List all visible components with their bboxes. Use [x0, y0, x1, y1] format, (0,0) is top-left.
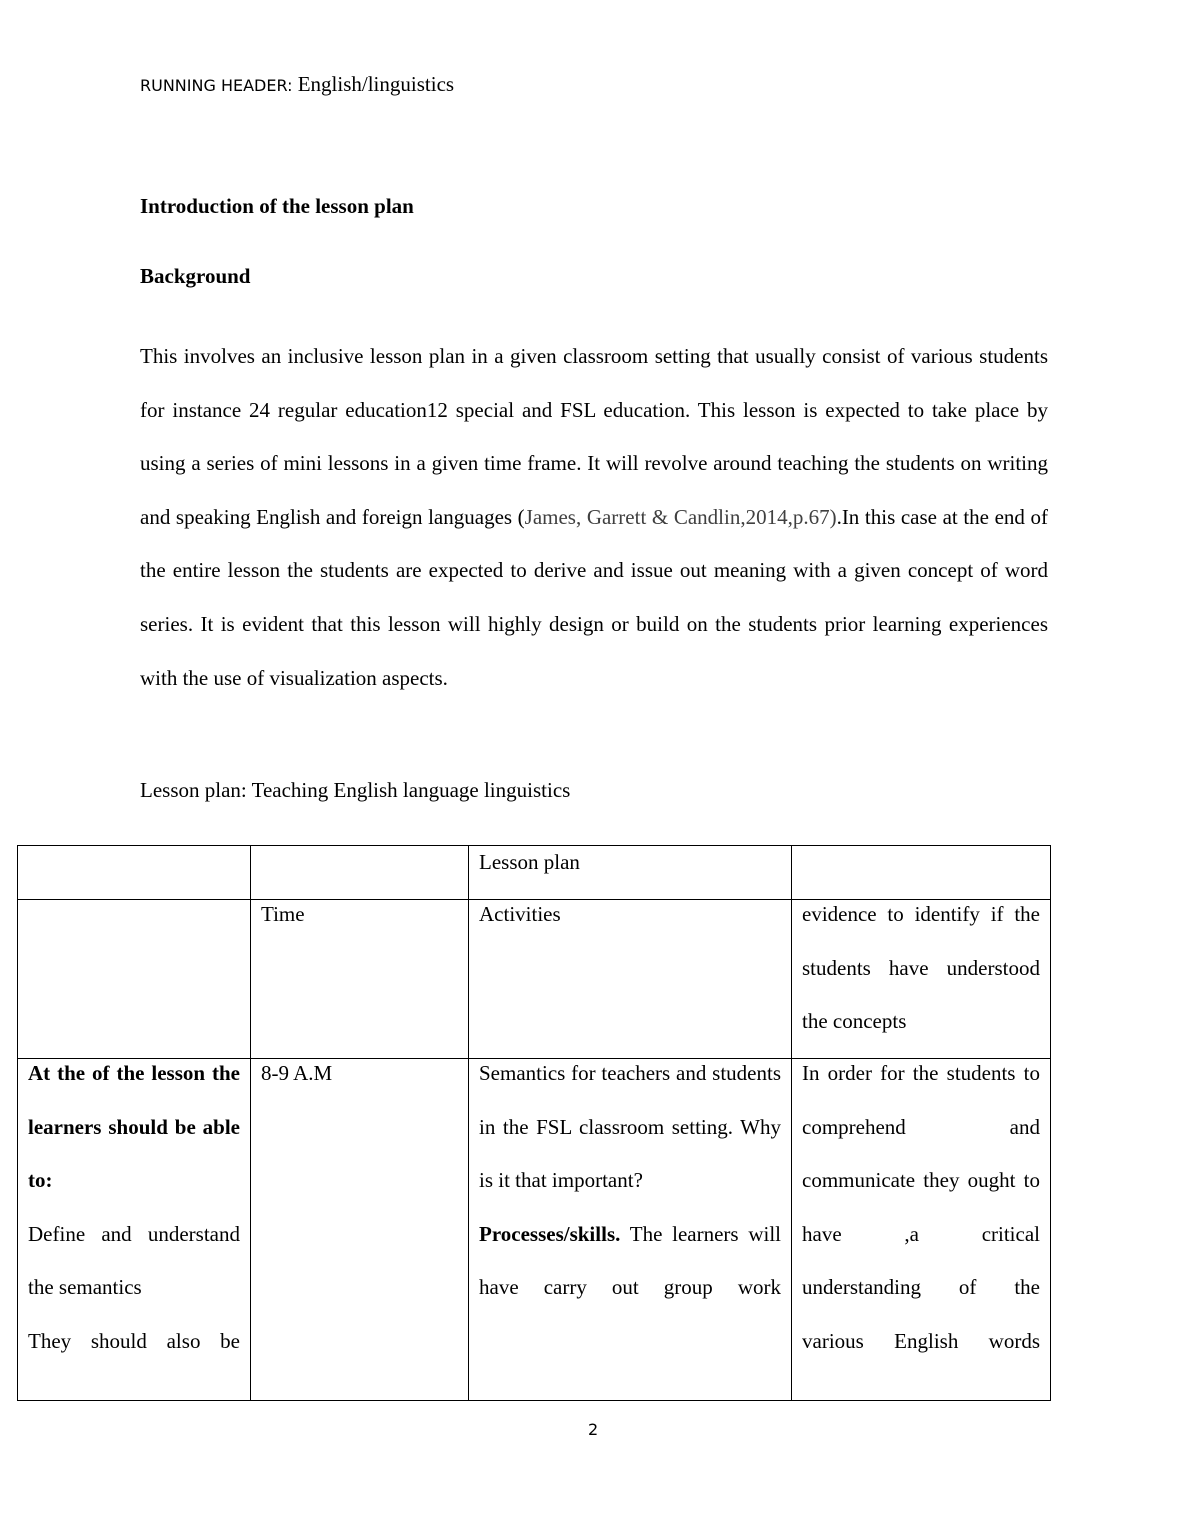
cell-text: Activities [479, 888, 781, 942]
time-cell: 8-9 A.M [251, 1059, 469, 1401]
lesson-plan-table: Lesson plan Time Activities evidence to … [17, 845, 1051, 1401]
objective-item: They should also be [28, 1315, 240, 1369]
table-header-activities: Activities [469, 900, 792, 1059]
intro-heading: Introduction of the lesson plan [140, 192, 414, 220]
table-header-evidence: evidence to identify if the students hav… [792, 900, 1051, 1059]
cell-text: 8-9 A.M [261, 1047, 458, 1101]
table-cell [18, 900, 251, 1059]
background-heading: Background [140, 262, 251, 290]
cell-text: evidence to identify if the students hav… [802, 888, 1040, 1049]
objectives-cell: At the of the lesson the learners should… [18, 1059, 251, 1401]
objectives-intro: At the of the lesson the learners should… [28, 1047, 240, 1208]
activities-cell: Semantics for teachers and students in t… [469, 1059, 792, 1401]
table-row: Time Activities evidence to identify if … [18, 900, 1051, 1059]
evidence-cell: In order for the students to comprehend … [792, 1059, 1051, 1401]
cell-text: Time [261, 888, 458, 942]
table-header-time: Time [251, 900, 469, 1059]
lesson-plan-title: Lesson plan: Teaching English language l… [140, 776, 570, 804]
activity-processes: Processes/skills. The learners will have… [479, 1208, 781, 1315]
paragraph-text-start: This involves an inclusive lesson plan i… [140, 344, 1048, 529]
running-header-label: RUNNING HEADER: [140, 76, 292, 95]
running-header: RUNNING HEADER: English/linguistics [140, 70, 454, 100]
processes-label: Processes/skills. [479, 1222, 620, 1246]
table-row: At the of the lesson the learners should… [18, 1059, 1051, 1401]
background-paragraph: This involves an inclusive lesson plan i… [140, 330, 1048, 705]
activity-text: Semantics for teachers and students in t… [479, 1047, 781, 1208]
running-header-title: English/linguistics [298, 72, 454, 96]
cell-text: In order for the students to comprehend … [802, 1047, 1040, 1369]
objective-item: Define and understand the semantics [28, 1208, 240, 1315]
citation: James, Garrett & Candlin,2014,p.67) [525, 505, 837, 529]
page-number: 2 [588, 1420, 598, 1439]
table-cell [18, 846, 251, 900]
paragraph-text-end: .In this case at the end of the entire l… [140, 505, 1048, 690]
